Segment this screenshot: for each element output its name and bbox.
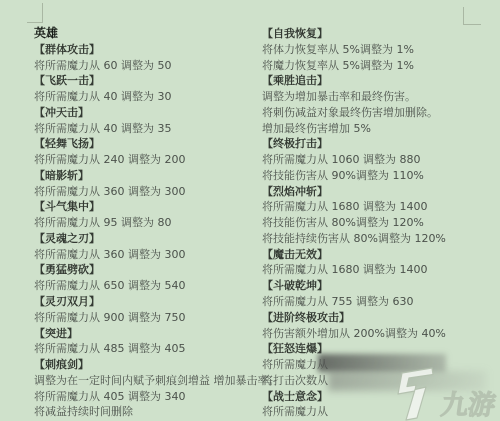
skill-name: 【灵刃双月】 — [34, 294, 280, 310]
skill-name: 【冲天击】 — [34, 105, 280, 121]
text-boundary-mark-top-left — [42, 3, 43, 23]
text-boundary-mark-top-right — [463, 24, 481, 25]
skill-name: 【乘胜追击】 — [262, 73, 446, 89]
change-description: 将所需魔力从 240 调整为 200 — [34, 152, 280, 168]
left-column: 英雄 【群体攻击】将所需魔力从 60 调整为 50【飞跃一击】将所需魔力从 40… — [34, 26, 280, 420]
skill-name: 【飞跃一击】 — [34, 73, 280, 89]
change-description: 将所需魔力从 1680 调整为 1400 — [262, 199, 446, 215]
change-description: 将所需魔力从 1060 调整为 880 — [262, 152, 446, 168]
skill-name: 【斗破乾坤】 — [262, 278, 446, 294]
change-description: 调整为在一定时间内赋予刺痕剑增益 增加暴击率。 — [34, 373, 280, 389]
skill-name: 【群体攻击】 — [34, 42, 280, 58]
document-page: 英雄 【群体攻击】将所需魔力从 60 调整为 50【飞跃一击】将所需魔力从 40… — [0, 0, 500, 421]
text-boundary-mark-top-right — [463, 7, 464, 25]
skill-name: 【灵魂之刃】 — [34, 231, 280, 247]
skill-name: 【刺痕剑】 — [34, 357, 280, 373]
change-description: 将所需魔力从 60 调整为 50 — [34, 58, 280, 74]
skill-name: 【烈焰冲斩】 — [262, 184, 446, 200]
skill-name: 【狂怒连爆】 — [262, 341, 446, 357]
page-title: 英雄 — [34, 26, 280, 42]
change-description: 将所需魔力从 360 调整为 300 — [34, 184, 280, 200]
change-description: 将技能持续伤害从 80%调整为 120% — [262, 231, 446, 247]
right-column: 【自我恢复】将体力恢复率从 5%调整为 1%将魔力恢复率从 5%调整为 1%【乘… — [262, 26, 446, 420]
skill-name: 【暗影斩】 — [34, 168, 280, 184]
change-description: 将所需魔力从 95 调整为 80 — [34, 215, 280, 231]
skill-name: 【勇猛劈砍】 — [34, 262, 280, 278]
watermark: 九游 — [388, 365, 500, 421]
change-description: 将体力恢复率从 5%调整为 1% — [262, 42, 446, 58]
change-description: 将减益持续时间删除 — [34, 404, 280, 420]
change-description: 将所需魔力从 40 调整为 35 — [34, 121, 280, 137]
change-description: 将技能伤害从 90%调整为 110% — [262, 168, 446, 184]
skill-name: 【进阶终极攻击】 — [262, 310, 446, 326]
9game-logo-icon — [398, 368, 433, 420]
skill-name: 【终极打击】 — [262, 136, 446, 152]
change-description: 将所需魔力从 40 调整为 30 — [34, 89, 280, 105]
change-description: 将魔力恢复率从 5%调整为 1% — [262, 58, 446, 74]
watermark-text: 九游 — [439, 390, 497, 421]
change-description: 将所需魔力从 360 调整为 300 — [34, 247, 280, 263]
change-description: 增加最终伤害增加 5% — [262, 121, 446, 137]
skill-name: 【自我恢复】 — [262, 26, 446, 42]
change-description: 将所需魔力从 650 调整为 540 — [34, 278, 280, 294]
skill-name: 【斗气集中】 — [34, 199, 280, 215]
change-description: 将所需魔力从 485 调整为 405 — [34, 341, 280, 357]
change-description: 将所需魔力从 755 调整为 630 — [262, 294, 446, 310]
change-description: 将所需魔力从 405 调整为 340 — [34, 389, 280, 405]
skill-name: 【魔击无效】 — [262, 247, 446, 263]
change-description: 将所需魔力从 1680 调整为 1400 — [262, 262, 446, 278]
skill-name: 【突进】 — [34, 326, 280, 342]
change-description: 调整为增加暴击率和最终伤害。 — [262, 89, 446, 105]
change-description: 将刺伤减益对象最终伤害增加删除。 — [262, 105, 446, 121]
skill-name: 【轻舞飞扬】 — [34, 136, 280, 152]
text-boundary-mark-top-left — [27, 22, 43, 23]
change-description: 将伤害额外增加从 200%调整为 40% — [262, 326, 446, 342]
change-description: 将所需魔力从 900 调整为 750 — [34, 310, 280, 326]
change-description: 将技能伤害从 80%调整为 120% — [262, 215, 446, 231]
